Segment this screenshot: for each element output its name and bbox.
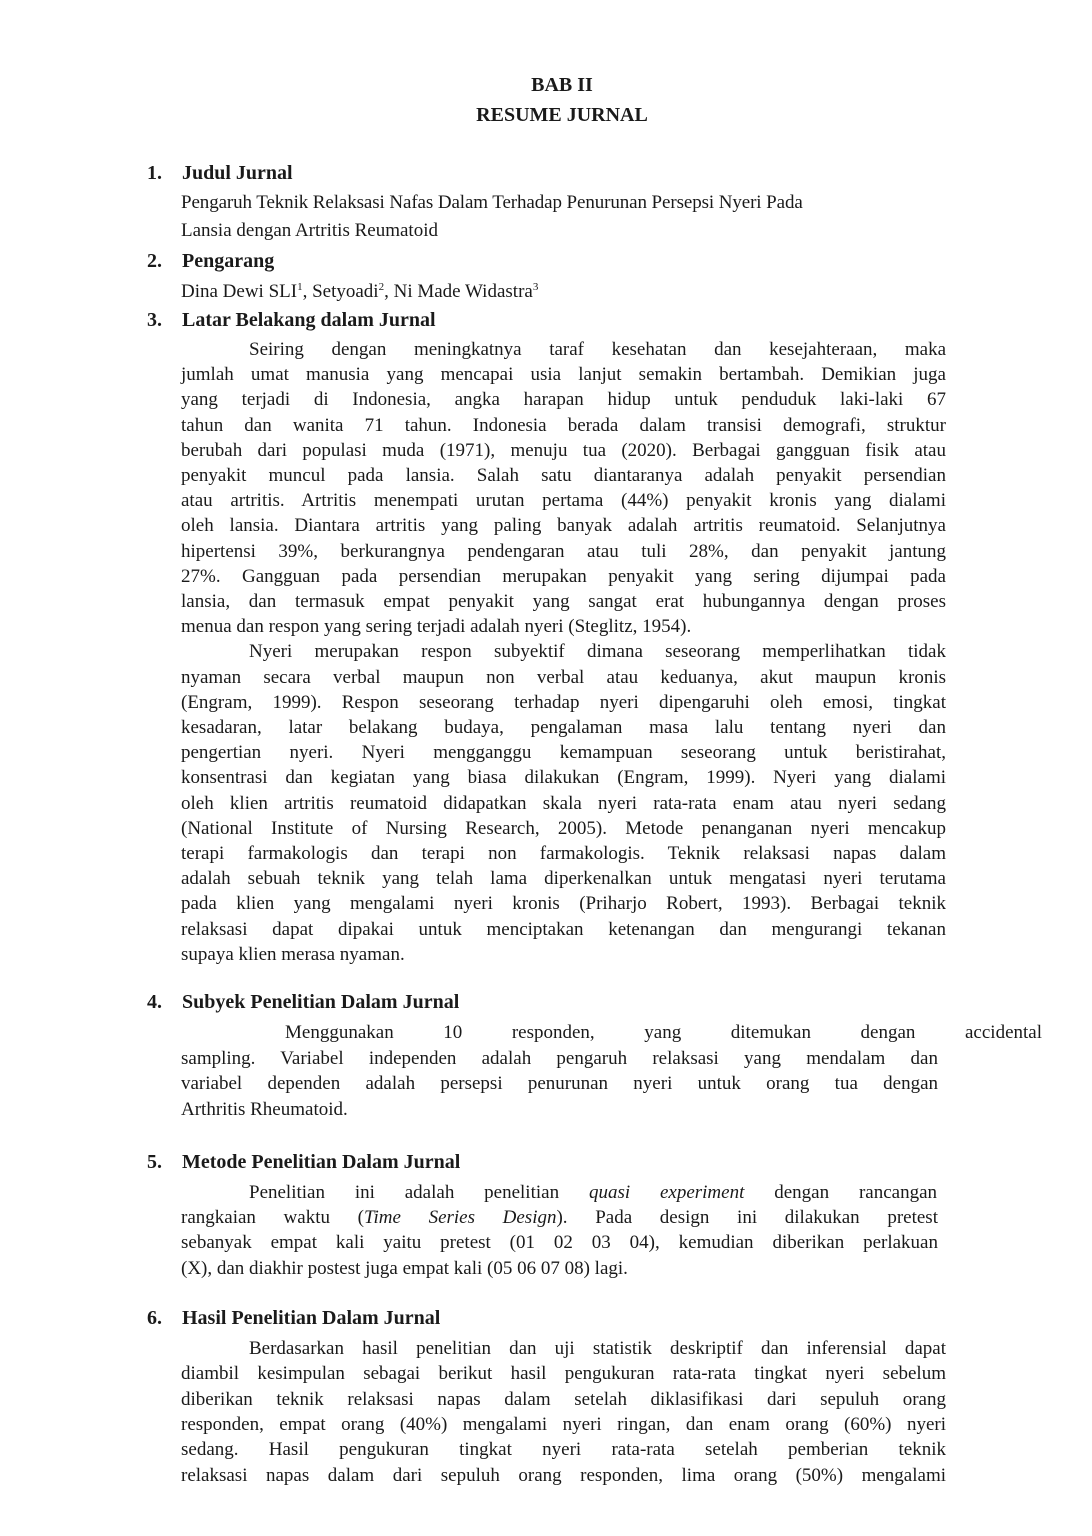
text-run: ). Pada design ini dilakukan pretest bbox=[556, 1207, 938, 1228]
body-line: supaya klien merasa nyaman. bbox=[181, 943, 946, 967]
chapter-label: BAB II bbox=[0, 74, 1092, 97]
body-line: hipertensi 39%, berkurangnya pendengaran… bbox=[181, 540, 946, 564]
body-line: Arthritis Rheumatoid. bbox=[181, 1098, 938, 1122]
section-title: Judul Jurnal bbox=[182, 162, 293, 184]
author-separator: , bbox=[384, 281, 394, 302]
body-line: kesadaran, latar belakang budaya, pengal… bbox=[181, 716, 946, 740]
body-line: sedang. Hasil pengukuran tingkat nyeri r… bbox=[181, 1438, 946, 1462]
body-line: responden, empat orang (40%) mengalami n… bbox=[181, 1413, 946, 1437]
body-line: sebanyak empat kali yaitu pretest (01 02… bbox=[181, 1231, 938, 1255]
body-line: tahun dan wanita 71 tahun. Indonesia ber… bbox=[181, 414, 946, 438]
text-run: dengan rancangan bbox=[744, 1182, 937, 1203]
italic-term: Time Series Design bbox=[364, 1207, 557, 1228]
body-line: 27%. Gangguan pada persendian merupakan … bbox=[181, 565, 946, 589]
body-line: atau artritis. Artritis menempati urutan… bbox=[181, 489, 946, 513]
body-line: terapi farmakologis dan terapi non farma… bbox=[181, 842, 946, 866]
page-title: RESUME JURNAL bbox=[0, 104, 1092, 127]
document-page: BAB II RESUME JURNAL 1.Judul Jurnal Peng… bbox=[0, 0, 1092, 1536]
text-run: Penelitian ini adalah penelitian bbox=[249, 1182, 589, 1203]
body-line: (National Institute of Nursing Research,… bbox=[181, 817, 946, 841]
body-line: Seiring dengan meningkatnya taraf keseha… bbox=[181, 338, 946, 362]
body-line: nyaman secara verbal maupun non verbal a… bbox=[181, 666, 946, 690]
italic-term: quasi experiment bbox=[589, 1182, 744, 1203]
author-name: Setyoadi bbox=[312, 281, 379, 302]
section-number: 4. bbox=[147, 991, 182, 1014]
section-number: 1. bbox=[147, 162, 182, 185]
section-number: 2. bbox=[147, 250, 182, 273]
body-line: oleh lansia. Diantara artritis yang pali… bbox=[181, 514, 946, 538]
body-line: oleh klien artritis reumatoid didapatkan… bbox=[181, 792, 946, 816]
body-line: relaksasi napas dalam dari sepuluh orang… bbox=[181, 1464, 946, 1488]
body-line: pengertian nyeri. Nyeri mengganggu kemam… bbox=[181, 741, 946, 765]
section-heading-judul: 1.Judul Jurnal bbox=[147, 162, 293, 185]
body-line: lansia, dan termasuk empat penyakit yang… bbox=[181, 590, 946, 614]
author-name: Ni Made Widastra bbox=[394, 281, 533, 302]
section-number: 6. bbox=[147, 1307, 182, 1330]
body-line: (Engram, 1999). Respon seseorang terhada… bbox=[181, 691, 946, 715]
section-title: Latar Belakang dalam Jurnal bbox=[182, 309, 436, 331]
body-line: konsentrasi dan kegiatan yang biasa dila… bbox=[181, 766, 946, 790]
section-number: 3. bbox=[147, 309, 182, 332]
section-heading-latar-belakang: 3.Latar Belakang dalam Jurnal bbox=[147, 309, 436, 332]
body-line: Nyeri merupakan respon subyektif dimana … bbox=[181, 640, 946, 664]
body-line: Penelitian ini adalah penelitian quasi e… bbox=[181, 1181, 937, 1205]
body-line: diambil kesimpulan sebagai berikut hasil… bbox=[181, 1362, 946, 1386]
body-line: sampling. Variabel independen adalah pen… bbox=[181, 1047, 938, 1071]
section-title: Pengarang bbox=[182, 250, 274, 272]
body-line: diberikan teknik relaksasi napas dalam s… bbox=[181, 1388, 946, 1412]
author-affiliation: 3 bbox=[533, 281, 539, 293]
section-heading-hasil: 6.Hasil Penelitian Dalam Jurnal bbox=[147, 1307, 440, 1330]
body-line: relaksasi dapat dipakai untuk menciptaka… bbox=[181, 918, 946, 942]
text-run: rangkaian waktu ( bbox=[181, 1207, 364, 1228]
section-title: Hasil Penelitian Dalam Jurnal bbox=[182, 1307, 440, 1329]
body-line: jumlah umat manusia yang mencapai usia l… bbox=[181, 363, 946, 387]
body-line: rangkaian waktu (Time Series Design). Pa… bbox=[181, 1206, 938, 1230]
section-heading-pengarang: 2.Pengarang bbox=[147, 250, 274, 273]
journal-title-line: Lansia dengan Artritis Reumatoid bbox=[181, 220, 438, 242]
body-line: berubah dari populasi muda (1971), menuj… bbox=[181, 439, 946, 463]
body-line: Berdasarkan hasil penelitian dan uji sta… bbox=[181, 1337, 946, 1361]
author-name: Dina Dewi SLI bbox=[181, 281, 297, 302]
author-list: Dina Dewi SLI1, Setyoadi2, Ni Made Widas… bbox=[181, 281, 538, 303]
body-line: menua dan respon yang sering terjadi ada… bbox=[181, 615, 946, 639]
body-line: adalah sebuah teknik yang telah lama dip… bbox=[181, 867, 946, 891]
body-line: (X), dan diakhir postest juga empat kali… bbox=[181, 1257, 938, 1281]
body-line: penyakit muncul pada lansia. Salah satu … bbox=[181, 464, 946, 488]
body-line: yang terjadi di Indonesia, angka harapan… bbox=[181, 388, 946, 412]
author-separator: , bbox=[303, 281, 313, 302]
section-number: 5. bbox=[147, 1151, 182, 1174]
body-line: variabel dependen adalah persepsi penuru… bbox=[181, 1072, 938, 1096]
section-heading-subyek: 4.Subyek Penelitian Dalam Jurnal bbox=[147, 991, 459, 1014]
journal-title-line: Pengaruh Teknik Relaksasi Nafas Dalam Te… bbox=[181, 192, 803, 214]
section-heading-metode: 5.Metode Penelitian Dalam Jurnal bbox=[147, 1151, 460, 1174]
body-line: Menggunakan 10 responden, yang ditemukan… bbox=[181, 1021, 1042, 1045]
body-line: pada klien yang mengalami nyeri kronis (… bbox=[181, 892, 946, 916]
section-title: Metode Penelitian Dalam Jurnal bbox=[182, 1151, 460, 1173]
section-title: Subyek Penelitian Dalam Jurnal bbox=[182, 991, 459, 1013]
